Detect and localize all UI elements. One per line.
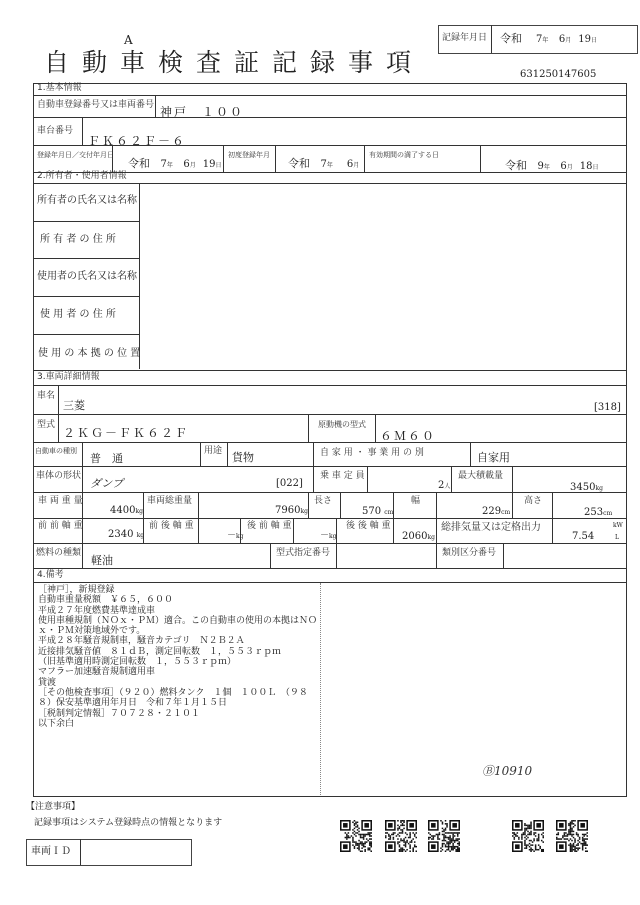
body-code: [022] — [276, 479, 303, 489]
category-label: 類別区分番号 — [442, 549, 496, 558]
engine-label: 原動機の型式 — [318, 421, 366, 429]
record-date-label: 記録年月日 — [442, 34, 487, 43]
remarks-divider — [320, 583, 321, 795]
qr-code-icon — [428, 820, 460, 852]
user-address-label: 使 用 者 の 住 所 — [40, 310, 116, 320]
use-value: 貨物 — [232, 452, 254, 463]
section-owner-title: 2.所有者・使用者情報 — [37, 172, 127, 181]
rf-axle-value: －kg — [320, 532, 337, 541]
fuel-value: 軽油 — [91, 555, 113, 566]
height-label: 高さ — [524, 497, 542, 506]
expiry-label: 有効期間の満了する日 — [369, 152, 439, 159]
base-location-label: 使 用 の 本 拠 の 位 置 — [38, 349, 140, 359]
owner-address-label: 所 有 者 の 住 所 — [40, 235, 116, 245]
model-label: 型式 — [37, 421, 55, 430]
capacity-value: 2人 — [438, 481, 450, 491]
first-reg-value: 令和 7年 6月 — [288, 158, 359, 170]
width-value: 229cm — [482, 507, 510, 517]
weight-value: 4400kg — [110, 506, 143, 516]
length-label: 長さ — [314, 497, 332, 506]
gross-weight-value: 7960kg — [275, 506, 308, 516]
rr-axle-value: 2060kg — [402, 532, 435, 542]
body-value: ダンプ — [90, 478, 123, 489]
fr-axle-label: 前 後 軸 重 — [149, 522, 194, 531]
ff-axle-value: 2340 kg — [108, 530, 144, 540]
car-name-value: 三菱 — [63, 400, 85, 411]
body-label: 車体の形状 — [36, 472, 81, 481]
kind-value: 普 通 — [90, 453, 123, 464]
qr-code-icon — [556, 820, 588, 852]
reg-number-label: 自動車登録番号又は車両番号 — [37, 101, 154, 110]
rr-axle-label: 後 後 軸 重 — [346, 522, 391, 531]
private-use-value: 自家用 — [477, 452, 510, 463]
qr-code-icon — [512, 820, 544, 852]
height-value: 253cm — [584, 508, 612, 518]
rf-axle-label: 後 前 軸 重 — [247, 522, 292, 531]
record-date-value: 令和 7年 6月 19日 — [500, 33, 597, 45]
qr-code-icon — [385, 820, 417, 852]
width-label: 幅 — [411, 497, 420, 506]
model-value: ２ＫＧ－ＦＫ６２Ｆ — [63, 427, 189, 439]
kind-label: 自動車の種別 — [35, 448, 77, 455]
displacement-unit-kw: kW — [613, 523, 623, 529]
car-name-code: [318] — [594, 403, 621, 413]
user-name-label: 使用者の氏名又は名称 — [37, 272, 137, 282]
form-letter: A — [124, 34, 133, 46]
engine-value: ６Ｍ６０ — [380, 430, 436, 442]
capacity-label: 乗 車 定 員 — [320, 472, 365, 481]
displacement-value: 7.54 — [572, 532, 594, 542]
gross-weight-label: 車両総重量 — [147, 497, 192, 506]
use-label: 用途 — [204, 447, 222, 456]
private-use-label: 自 家 用 ・ 事 業 用 の 別 — [320, 449, 424, 458]
fuel-label: 燃料の種類 — [36, 549, 81, 558]
chassis-label: 車台番号 — [37, 127, 73, 136]
displacement-label: 総排気量又は定格出力 — [441, 523, 541, 533]
ff-axle-label: 前 前 軸 重 — [38, 522, 83, 531]
document-number: 631250147605 — [520, 70, 596, 80]
reg-date-label: 登録年月日／交付年月日 — [37, 152, 114, 159]
type-designation-label: 型式指定番号 — [276, 549, 330, 558]
section-vehicle-title: 3.車両詳細情報 — [37, 373, 100, 382]
remarks-text: ［神戸］，新規登録 自動車重量税額 ￥６５，６００ 平成２７年度燃費基準達成車 … — [38, 585, 317, 729]
length-value: 570 cm — [362, 507, 393, 517]
notice-title: 【注意事項】 — [26, 803, 80, 812]
car-name-label: 車名 — [37, 392, 55, 401]
weight-label: 車 両 重 量 — [38, 497, 83, 506]
qr-code-icon — [340, 820, 372, 852]
max-load-label: 最大積載量 — [458, 472, 503, 481]
displacement-unit-l: L — [615, 535, 619, 541]
section-basic-title: 1.基本情報 — [37, 84, 82, 93]
vehicle-id-label: 車両ＩＤ — [31, 847, 71, 857]
page-title: 自動車検査証記録事項 — [44, 50, 424, 75]
first-reg-label: 初度登録年月 — [228, 152, 270, 159]
expiry-value: 令和 9年 6月 18日 — [505, 160, 599, 172]
notice-text: 記録事項はシステム登録時点の情報となります — [34, 819, 222, 828]
fr-axle-value: －kg — [227, 532, 244, 541]
section-remarks-title: 4.備考 — [37, 571, 64, 580]
reg-date-value: 令和 7年 6月 19日 — [128, 158, 222, 170]
handwritten-note: Ⓑ10910 — [482, 765, 532, 777]
owner-name-label: 所有者の氏名又は名称 — [37, 196, 137, 206]
